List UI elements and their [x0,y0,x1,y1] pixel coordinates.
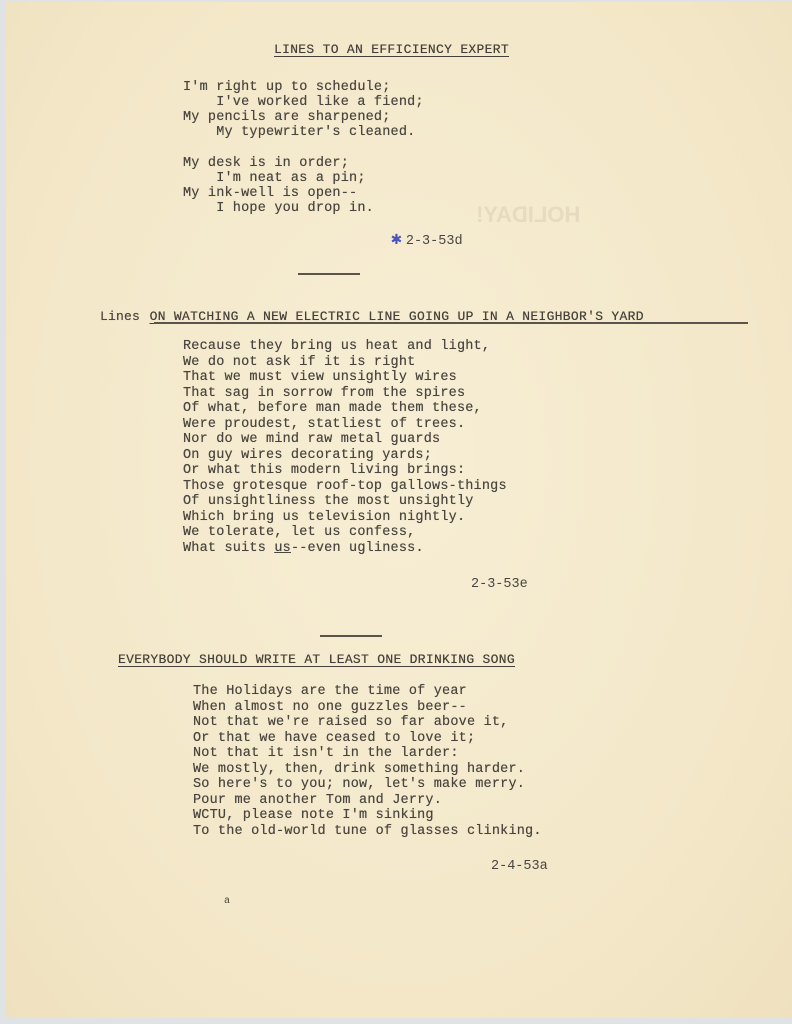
poem-line: To the old-world tune of glasses clinkin… [193,824,542,840]
poem-line: That sag in sorrow from the spires [183,386,465,402]
poem-line: I'm neat as a pin; [183,171,366,187]
section-divider [298,273,360,275]
poem-line: When almost no one guzzles beer-- [193,700,467,716]
page-mark: a [224,896,230,907]
poem-2-date: 2-3-53e [471,577,528,592]
poem-line: We tolerate, let us confess, [183,525,415,541]
poem-line: Or what this modern living brings: [183,463,465,479]
poem-1-date: ✱2-3-53d [391,228,463,250]
poem-line: I've worked like a fiend; [183,95,424,111]
poem-line: On guy wires decorating yards; [183,448,432,464]
section-divider [320,635,382,637]
poem-line: We mostly, then, drink something harder. [193,762,525,778]
bleed-through-text: HOLIDAY! [476,202,580,228]
poem-line: Nor do we mind raw metal guards [183,432,440,448]
poem-line: The Holidays are the time of year [193,684,467,700]
underlined-word: us [274,541,291,556]
poem-line: Were proudest, statliest of trees. [183,417,465,433]
poem-line: Of what, before man made them these, [183,401,482,417]
poem-line: I'm right up to schedule; [183,80,391,96]
poem-line: My ink-well is open-- [183,186,357,202]
poem-line: We do not ask if it is right [183,355,415,371]
poem-line: WCTU, please note I'm sinking [193,808,434,824]
poem-line: What suits us--even ugliness. [183,541,424,557]
poem-3-title: EVERYBODY SHOULD WRITE AT LEAST ONE DRIN… [118,652,515,667]
poem-line: My desk is in order; [183,156,349,172]
title-underline [154,322,748,324]
line-part: --even ugliness. [291,541,424,556]
title-prefix: Lines [100,309,140,324]
poem-line: Or that we have ceased to love it; [193,731,475,747]
poem-line: Pour me another Tom and Jerry. [193,793,442,809]
poem-line: Which bring us television nightly. [183,510,465,526]
poem-3-date: 2-4-53a [491,859,548,874]
poem-line: My typewriter's cleaned. [183,125,415,141]
poem-line: Not that it isn't in the larder: [193,746,459,762]
poem-line: Not that we're raised so far above it, [193,715,508,731]
poem-line: So here's to you; now, let's make merry. [193,777,525,793]
date-text: 2-3-53d [406,234,463,249]
line-part: What suits [183,541,274,556]
poem-line: Recause they bring us heat and light, [183,339,490,355]
poem-line: My pencils are sharpened; [183,110,391,126]
poem-line: I hope you drop in. [183,201,374,217]
star-mark-icon: ✱ [391,230,402,250]
poem-1-title: LINES TO AN EFFICIENCY EXPERT [274,42,509,57]
poem-line: Of unsightliness the most unsightly [183,494,474,510]
poem-line: That we must view unsightly wires [183,370,457,386]
paper-page: HOLIDAY! LINES TO AN EFFICIENCY EXPERT I… [6,2,792,1018]
poem-line: Those grotesque roof-top gallows-things [183,479,507,495]
